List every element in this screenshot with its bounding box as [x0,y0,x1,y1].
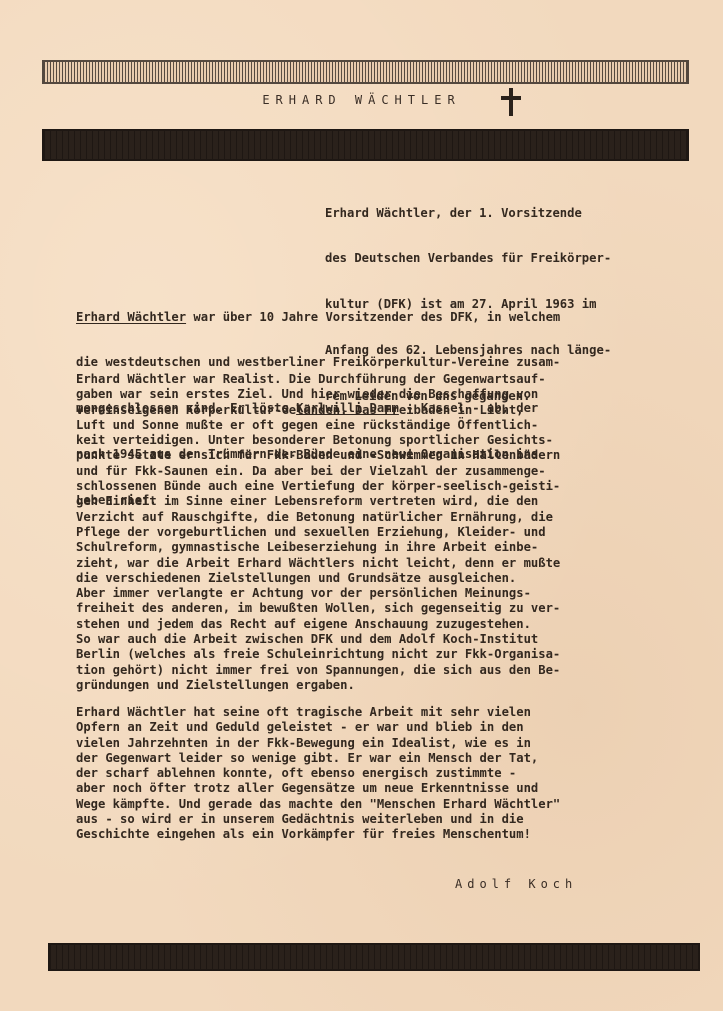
top-decorative-rule [42,60,689,84]
intro-line: des Deutschen Verbandes für Freikörper- [325,251,611,266]
paragraph-line: gaben war sein erstes Ziel. Und hier wie… [76,387,560,402]
intro-line: Erhard Wächtler, der 1. Vorsitzende [325,206,611,221]
paragraph-line: Schulreform, gymnastische Leibeserziehun… [76,540,560,555]
paragraph-line: zieht, war die Arbeit Erhard Wächtlers n… [76,556,560,571]
paragraph-line: tion gehört) nicht immer frei von Spannu… [76,663,560,678]
paragraph-line: Erhard Wächtler hat seine oft tragische … [76,705,560,720]
paragraph-line: punkte setzte er sich für Fkk-Baden und … [76,448,560,463]
paragraph-line: die westdeutschen und westberliner Freik… [76,355,560,370]
paragraph-line: die verschiedenen Zielstellungen und Gru… [76,571,560,586]
paragraph-line: vielen Jahrzehnten in der Fkk-Bewegung e… [76,736,560,751]
paragraph-line: gen Einheit im Sinne einer Lebensreform … [76,494,560,509]
paragraph-line: Pflege der vorgeburtlichen und sexuellen… [76,525,560,540]
paragraph-line: So war auch die Arbeit zwischen DFK und … [76,632,560,647]
paragraph-line: Berlin (welches als freie Schuleinrichtu… [76,647,560,662]
paragraph-line: Erhard Wächtler war Realist. Die Durchfü… [76,372,560,387]
paragraph-line: vereinseigenen Körperkultur-Geländen. Da… [76,403,560,418]
paragraph-line: gründungen und Zielstellungen ergaben. [76,678,560,693]
underlined-name: Erhard Wächtler [76,310,186,324]
paragraph-line: aus - so wird er in unserem Gedächtnis w… [76,812,560,827]
paragraph-line: Opfern an Zeit und Geduld geleistet - er… [76,720,560,735]
paragraph-line: stehen und jedem das Recht auf eigene An… [76,617,560,632]
paragraph-line: der Gegenwart leider so wenige gibt. Er … [76,751,560,766]
paragraph-line: freiheit des anderen, im bewußten Wollen… [76,601,560,616]
paragraph-line: Aber immer verlangte er Achtung vor der … [76,586,560,601]
text-run: war über 10 Jahre Vorsitzender des DFK, … [186,310,560,324]
paragraph-line: und für Fkk-Saunen ein. Da aber bei der … [76,464,560,479]
heading-title: ERHARD WÄCHTLER [262,93,460,107]
paragraph-line: Luft und Sonne mußte er oft gegen eine r… [76,418,560,433]
paragraph-line: aber noch öfter trotz aller Gegensätze u… [76,781,560,796]
paragraph-line: Verzicht auf Rauschgifte, die Betonung n… [76,510,560,525]
paragraph-3: Erhard Wächtler hat seine oft tragische … [76,705,560,843]
middle-decorative-rule [42,129,689,161]
paragraph-line: Geschichte eingehen als ein Vorkämpfer f… [76,827,560,842]
paragraph-line: schlossenen Bünde auch eine Vertiefung d… [76,479,560,494]
paragraph-line: keit verteidigen. Unter besonderer Beton… [76,433,560,448]
cross-icon [500,88,522,116]
document-heading: ERHARD WÄCHTLER [0,93,723,107]
bottom-decorative-rule [48,943,700,971]
paragraph-line: der scharf ablehnen konnte, oft ebenso e… [76,766,560,781]
signature: Adolf Koch [455,877,577,891]
paragraph-line: Erhard Wächtler war über 10 Jahre Vorsit… [76,310,560,325]
paragraph-line: Wege kämpfte. Und gerade das machte den … [76,797,560,812]
paragraph-2: Erhard Wächtler war Realist. Die Durchfü… [76,372,560,693]
